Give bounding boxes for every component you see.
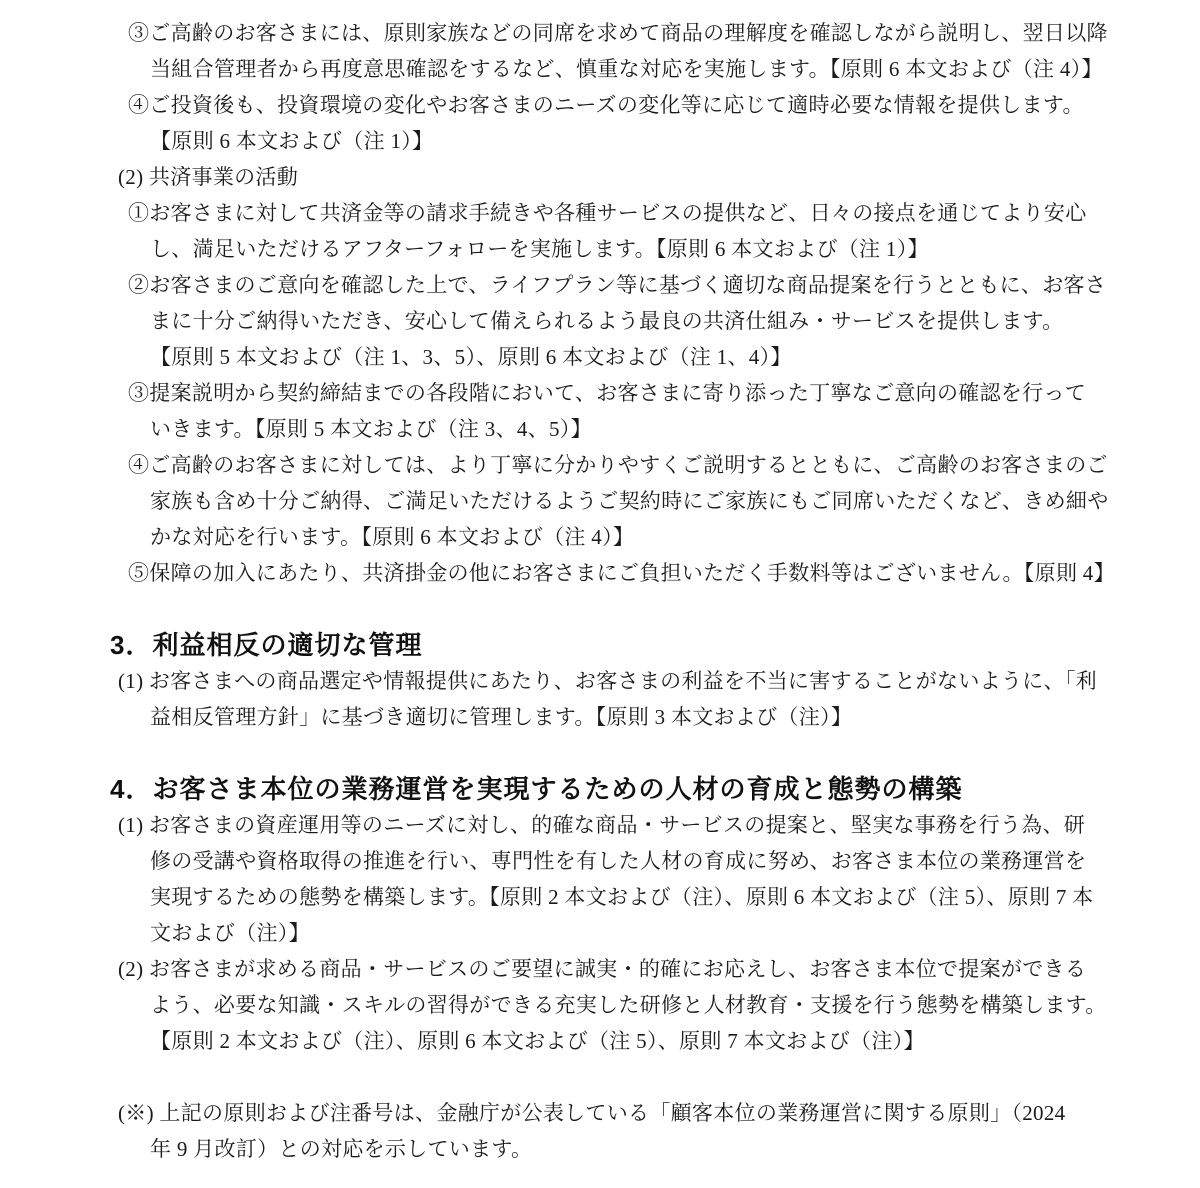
- policy-item-line: ④ご投資後も、投資環境の変化やお客さまのニーズの変化等に応じて適時必要な情報を提…: [0, 87, 1200, 123]
- policy-item-line: 修の受講や資格取得の推進を行い、専門性を有した人材の育成に努め、お客さま本位の業…: [0, 843, 1200, 879]
- policy-item-line: ①お客さまに対して共済金等の請求手続きや各種サービスの提供など、日々の接点を通じ…: [0, 195, 1200, 231]
- policy-item-line: (1) お客さまの資産運用等のニーズに対し、的確な商品・サービスの提案と、堅実な…: [0, 807, 1200, 843]
- policy-item-line: (2) お客さまが求める商品・サービスのご要望に誠実・的確にお応えし、お客さま本…: [0, 951, 1200, 987]
- policy-item-line: 【原則 6 本文および（注 1）】: [0, 123, 1200, 159]
- policy-item-line: ③提案説明から契約締結までの各段階において、お客さまに寄り添った丁寧なご意向の確…: [0, 375, 1200, 411]
- policy-item-line: 実現するための態勢を構築します。【原則 2 本文および（注）、原則 6 本文およ…: [0, 879, 1200, 915]
- footnote-line: (※) 上記の原則および注番号は、金融庁が公表している「顧客本位の業務運営に関す…: [0, 1095, 1200, 1131]
- section-gap: [0, 735, 1200, 771]
- policy-item-line: ②お客さまのご意向を確認した上で、ライフプラン等に基づく適切な商品提案を行うとと…: [0, 267, 1200, 303]
- policy-item-line: 【原則 5 本文および（注 1、3、5）、原則 6 本文および（注 1、4）】: [0, 339, 1200, 375]
- policy-item-line: よう、必要な知識・スキルの習得ができる充実した研修と人材教育・支援を行う態勢を構…: [0, 987, 1200, 1023]
- footnote-line: 年 9 月改訂）との対応を示しています。: [0, 1131, 1200, 1167]
- section-4-heading: 4．お客さま本位の業務運営を実現するための人材の育成と態勢の構築: [0, 771, 1200, 807]
- section-gap: [0, 591, 1200, 627]
- policy-item-line: かな対応を行います。【原則 6 本文および（注 4）】: [0, 519, 1200, 555]
- policy-item-line: ⑤保障の加入にあたり、共済掛金の他にお客さまにご負担いただく手数料等はございませ…: [0, 555, 1200, 591]
- policy-item-line: ④ご高齢のお客さまに対しては、より丁寧に分かりやすくご説明するとともに、ご高齢の…: [0, 447, 1200, 483]
- subsection-label: (2) 共済事業の活動: [0, 159, 1200, 195]
- section-gap: [0, 1059, 1200, 1095]
- policy-item-line: 文および（注）】: [0, 915, 1200, 951]
- policy-item-line: 家族も含め十分ご納得、ご満足いただけるようご契約時にご家族にもご同席いただくなど…: [0, 483, 1200, 519]
- policy-item-line: 当組合管理者から再度意思確認をするなど、慎重な対応を実施します。【原則 6 本文…: [0, 51, 1200, 87]
- section-3-heading: 3．利益相反の適切な管理: [0, 627, 1200, 663]
- policy-item-line: し、満足いただけるアフターフォローを実施します。【原則 6 本文および（注 1）…: [0, 231, 1200, 267]
- policy-item-line: ③ご高齢のお客さまには、原則家族などの同席を求めて商品の理解度を確認しながら説明…: [0, 15, 1200, 51]
- document-page: ③ご高齢のお客さまには、原則家族などの同席を求めて商品の理解度を確認しながら説明…: [0, 0, 1200, 1188]
- policy-item-line: 【原則 2 本文および（注）、原則 6 本文および（注 5）、原則 7 本文およ…: [0, 1023, 1200, 1059]
- policy-item-line: (1) お客さまへの商品選定や情報提供にあたり、お客さまの利益を不当に害すること…: [0, 663, 1200, 699]
- policy-item-line: まに十分ご納得いただき、安心して備えられるよう最良の共済仕組み・サービスを提供し…: [0, 303, 1200, 339]
- policy-item-line: いきます。【原則 5 本文および（注 3、4、5）】: [0, 411, 1200, 447]
- policy-item-line: 益相反管理方針」に基づき適切に管理します。【原則 3 本文および（注）】: [0, 699, 1200, 735]
